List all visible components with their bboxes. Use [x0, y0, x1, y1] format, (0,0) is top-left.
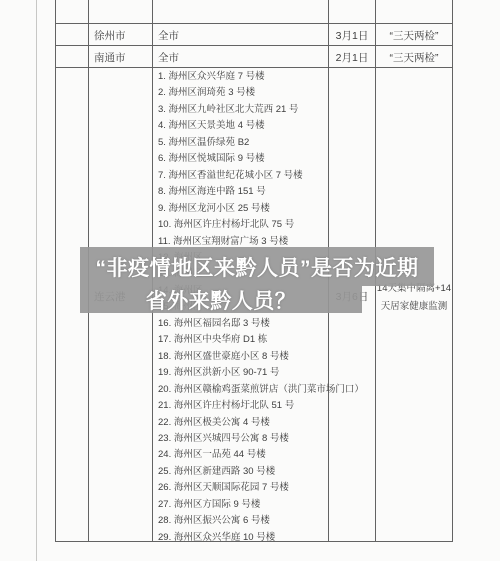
address-line: 17. 海州区中央华府 D1 栋 [158, 332, 332, 348]
address-line: 27. 海州区方国际 9 号楼 [158, 497, 332, 513]
address-line: 9. 海州区龙河小区 25 号楼 [158, 201, 332, 217]
area-cell-xuzhou: 全市 [158, 28, 179, 43]
address-line: 18. 海州区盛世豪庭小区 8 号楼 [158, 349, 332, 365]
address-line: 1. 海州区众兴华庭 7 号楼 [158, 69, 332, 85]
measure-cell-xuzhou: “三天两检” [376, 28, 452, 43]
city-cell-nantong: 南通市 [94, 50, 126, 65]
table-border-right [452, 0, 453, 541]
address-line: 20. 海州区赣榆鸡蛋菜煎饼店（洪门菜市场门口） [158, 382, 332, 398]
address-line: 19. 海州区洪新小区 90-71 号 [158, 365, 332, 381]
address-line: 7. 海州区香溢世纪花城小区 7 号楼 [158, 168, 332, 184]
address-line: 16. 海州区福园名邸 3 号楼 [158, 316, 332, 332]
caption-overlay-line1: “非疫情地区来黔人员”是否为近期 [80, 247, 434, 286]
address-line: 5. 海州区温侨绿苑 B2 [158, 135, 332, 151]
area-cell-nantong: 全市 [158, 50, 179, 65]
page-edge-line [36, 0, 37, 561]
address-line: 28. 海州区振兴公寓 6 号楼 [158, 513, 332, 529]
address-line: 24. 海州区一品苑 44 号楼 [158, 447, 332, 463]
row-border-xuzhou-bottom [55, 45, 453, 46]
address-line: 25. 海州区新建西路 30 号楼 [158, 464, 332, 480]
date-cell-nantong: 2月1日 [329, 50, 375, 65]
address-line: 2. 海州区润琦苑 3 号楼 [158, 85, 332, 101]
address-line: 22. 海州区极美公寓 4 号楼 [158, 415, 332, 431]
caption-overlay-line2: 省外来黔人员？ [80, 286, 362, 313]
address-line: 10. 海州区许庄村杨圩北队 75 号 [158, 217, 332, 233]
row-border-nantong-bottom [55, 67, 453, 68]
city-cell-xuzhou: 徐州市 [94, 28, 126, 43]
address-line: 21. 海州区许庄村杨圩北队 51 号 [158, 398, 332, 414]
measure-cell-nantong: “三天两检” [376, 50, 452, 65]
measure-cell-lianyungang-line2: 天居家健康监测 [376, 298, 452, 312]
address-line: 8. 海州区海连中路 151 号 [158, 184, 332, 200]
table-border-left [55, 0, 56, 541]
address-line: 26. 海州区天顺国际花园 7 号楼 [158, 480, 332, 496]
address-line: 3. 海州区九岭社区北大荒西 21 号 [158, 102, 332, 118]
screenshot-page: { "overlay": { "line1": "“非疫情地区来黔人员”是否为近… [0, 0, 500, 561]
date-cell-xuzhou: 3月1日 [329, 28, 375, 43]
row-border-top [55, 23, 453, 24]
address-line: 6. 海州区悦城国际 9 号楼 [158, 151, 332, 167]
address-line: 29. 海州区众兴华庭 10 号楼 [158, 530, 332, 546]
address-line: 23. 海州区兴城四号公寓 8 号楼 [158, 431, 332, 447]
address-line: 4. 海州区天景美地 4 号楼 [158, 118, 332, 134]
